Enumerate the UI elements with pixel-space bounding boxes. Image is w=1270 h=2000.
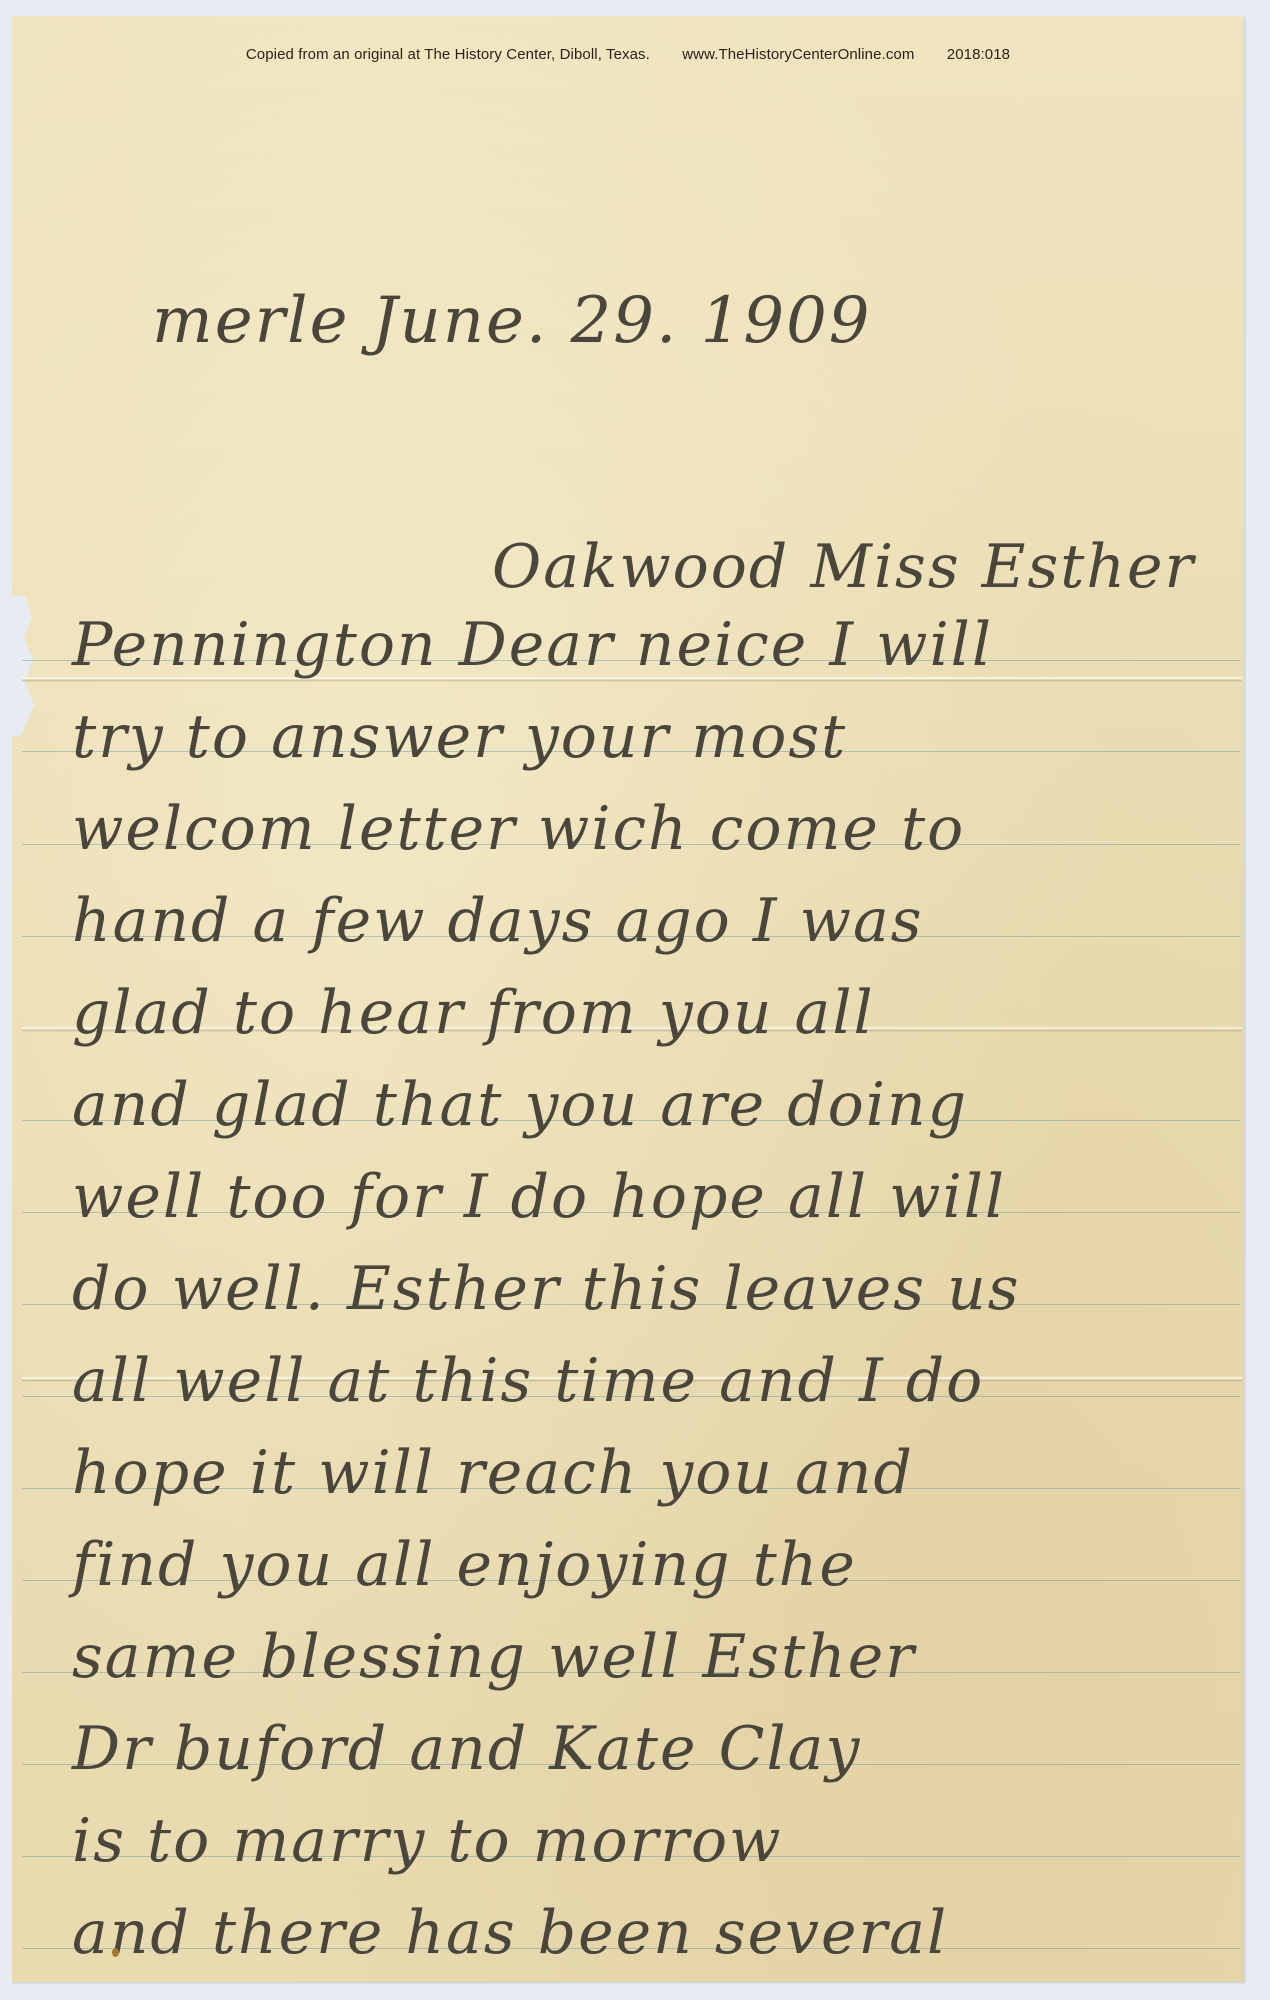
letter-line: and there has been several — [72, 1898, 948, 1968]
letter-line: all well at this time and I do — [72, 1346, 984, 1416]
letter-line: do well. Esther this leaves us — [72, 1254, 1021, 1324]
letter-line: try to answer your most — [72, 702, 847, 772]
catalog-id: 2018:018 — [947, 46, 1010, 63]
letter-line: and glad that you are doing — [72, 1070, 968, 1140]
letter-line: is to marry to morrow — [72, 1806, 783, 1876]
letter-line: Pennington Dear neice I will — [72, 610, 993, 680]
website-text: www.TheHistoryCenterOnline.com — [682, 46, 914, 63]
torn-edge — [12, 596, 34, 736]
archive-header: Copied from an original at The History C… — [12, 46, 1244, 63]
source-note: Copied from an original at The History C… — [246, 46, 650, 63]
letter-line: same blessing well Esther — [72, 1622, 916, 1692]
letter-date: merle June. 29. 1909 — [152, 284, 872, 358]
letter-page: Copied from an original at The History C… — [12, 16, 1244, 1982]
letter-line: find you all enjoying the — [72, 1530, 857, 1600]
letter-line: hope it will reach you and — [72, 1438, 914, 1508]
letter-line: glad to hear from you all — [72, 978, 875, 1048]
letter-line: hand a few days ago I was — [72, 886, 924, 956]
letter-line: Dr buford and Kate Clay — [72, 1714, 861, 1784]
ink-stain — [112, 1948, 119, 1957]
letter-line: Oakwood Miss Esther — [492, 532, 1195, 602]
letter-line: well too for I do hope all will — [72, 1162, 1006, 1232]
letter-line: welcom letter wich come to — [72, 794, 965, 864]
